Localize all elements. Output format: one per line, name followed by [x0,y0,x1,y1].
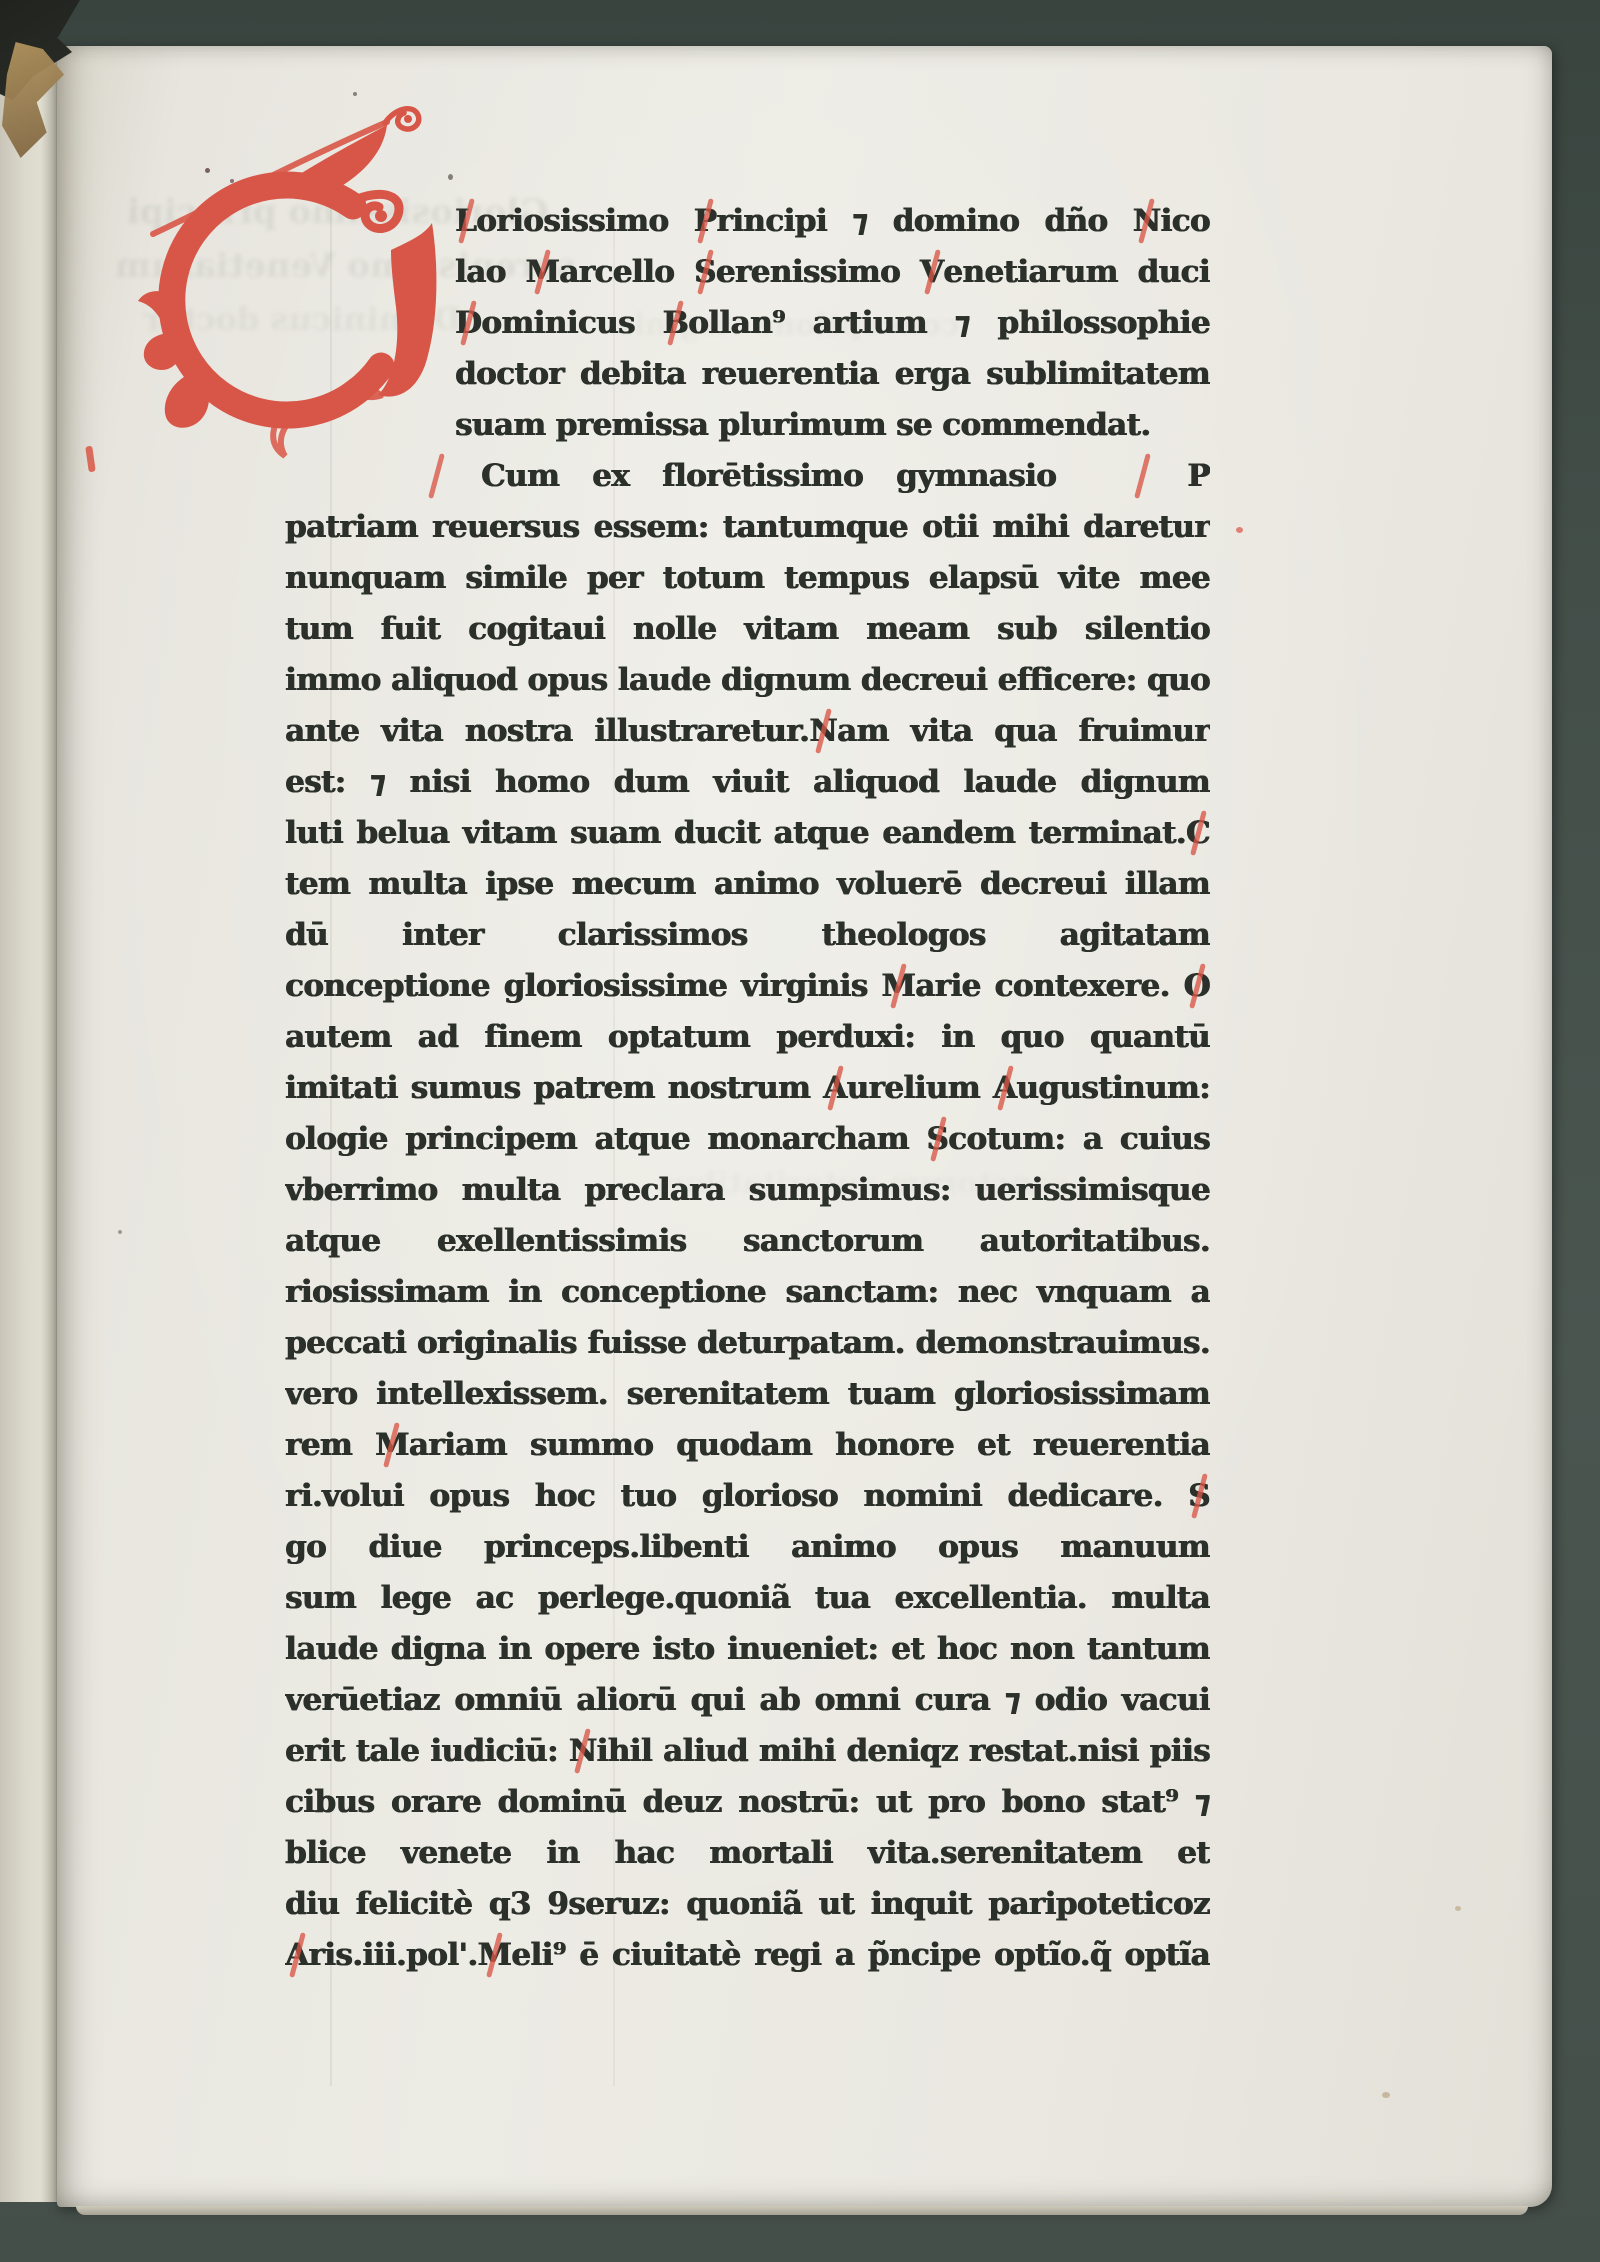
body-line: ante vita nostra illustraretur.Nam vita … [285,706,1210,757]
heading-line: Loriosissimo Principi ⁊ domino dño Nico [455,196,1210,247]
body-line: riosissimam in conceptione sanctam: nec … [285,1267,1210,1318]
body-line: verūetiaz omniū aliorū qui ab omni cura … [285,1675,1210,1726]
body-line: dū inter clarissimos theologos agitatam … [285,910,1210,961]
body-line: patriam reuersus essem: tantumque otii m… [285,502,1210,553]
body-line: tem multa ipse mecum animo voluerē decre… [285,859,1210,910]
ink-speck [230,179,234,183]
body-line: erit tale iudiciū: Nihil aliud mihi deni… [285,1726,1210,1777]
foxing-stain [1382,2092,1390,2098]
body-line: ri.volui opus hoc tuo glorioso nomini de… [285,1471,1210,1522]
book-page: Gloriosissimo principiserenissimo Veneti… [57,46,1552,2207]
body-line: blice venete in hac mortali vita.serenit… [285,1828,1210,1879]
body-line: atque exellentissimis sanctorum autorita… [285,1216,1210,1267]
heading-line: doctor debita reuerentia erga sublimitat… [455,349,1210,400]
dedication-body: Cum ex florētissimo gymnasio Paduano adp… [285,451,1210,1981]
ink-speck [205,168,210,173]
body-line: imitati sumus patrem nostrum Aurelium Au… [285,1063,1210,1114]
red-pen-mark [85,446,96,473]
text-block: Loriosissimo Principi ⁊ domino dño Nicol… [285,196,1210,1981]
body-line: conceptione gloriosissime virginis Marie… [285,961,1210,1012]
body-line: cibus orare dominū deuz nostrū: ut pro b… [285,1777,1210,1828]
body-line: sum lege ac perlege.quoniã tua excellent… [285,1573,1210,1624]
body-line: rem Mariam summo quodam honore et reuere… [285,1420,1210,1471]
heading-line: lao Marcello Serenissimo Venetiarum duci [455,247,1210,298]
body-line: est: ⁊ nisi homo dum viuit aliquod laude… [285,757,1210,808]
dedication-heading: Loriosissimo Principi ⁊ domino dño Nicol… [455,196,1210,451]
heading-line: Dominicus Bollan⁹ artium ⁊ philossophie [455,298,1210,349]
body-line: autem ad finem optatum perduxi: in quo q… [285,1012,1210,1063]
page-stack-edge [76,2206,1528,2215]
heading-line: suam premissa plurimum se commendat. [455,400,1210,451]
body-line: tum fuit cogitaui nolle vitam meam sub s… [285,604,1210,655]
body-line: luti belua vitam suam ducit atque eandem… [285,808,1210,859]
ink-speck [448,174,453,180]
body-line: vero intellexissem. serenitatem tuam glo… [285,1369,1210,1420]
body-line: Cum ex florētissimo gymnasio Paduano ad [285,451,1210,502]
red-ink-dot [1236,527,1243,533]
ink-speck [353,92,357,96]
body-line: Aris.iii.pol'.Meli⁹ ē ciuitatè regi a p̃… [285,1930,1210,1981]
body-line: immo aliquod opus laude dignum decreui e… [285,655,1210,706]
body-line: laude digna in opere isto inueniet: et h… [285,1624,1210,1675]
foxing-stain [1455,1906,1461,1911]
scan-background: Gloriosissimo principiserenissimo Veneti… [0,0,1600,2262]
ink-speck [118,1230,122,1234]
underlying-page-edge [0,36,58,2202]
body-line: diu felicitè q3 9seruz: quoniã ut inquit… [285,1879,1210,1930]
body-line: go diue princeps.libenti animo opus manu… [285,1522,1210,1573]
body-line: nunquam simile per totum tempus elapsū v… [285,553,1210,604]
body-line: vberrimo multa preclara sumpsimus: ueris… [285,1165,1210,1216]
body-line: ologie principem atque monarcham Scotum:… [285,1114,1210,1165]
body-line: peccati originalis fuisse deturpatam. de… [285,1318,1210,1369]
